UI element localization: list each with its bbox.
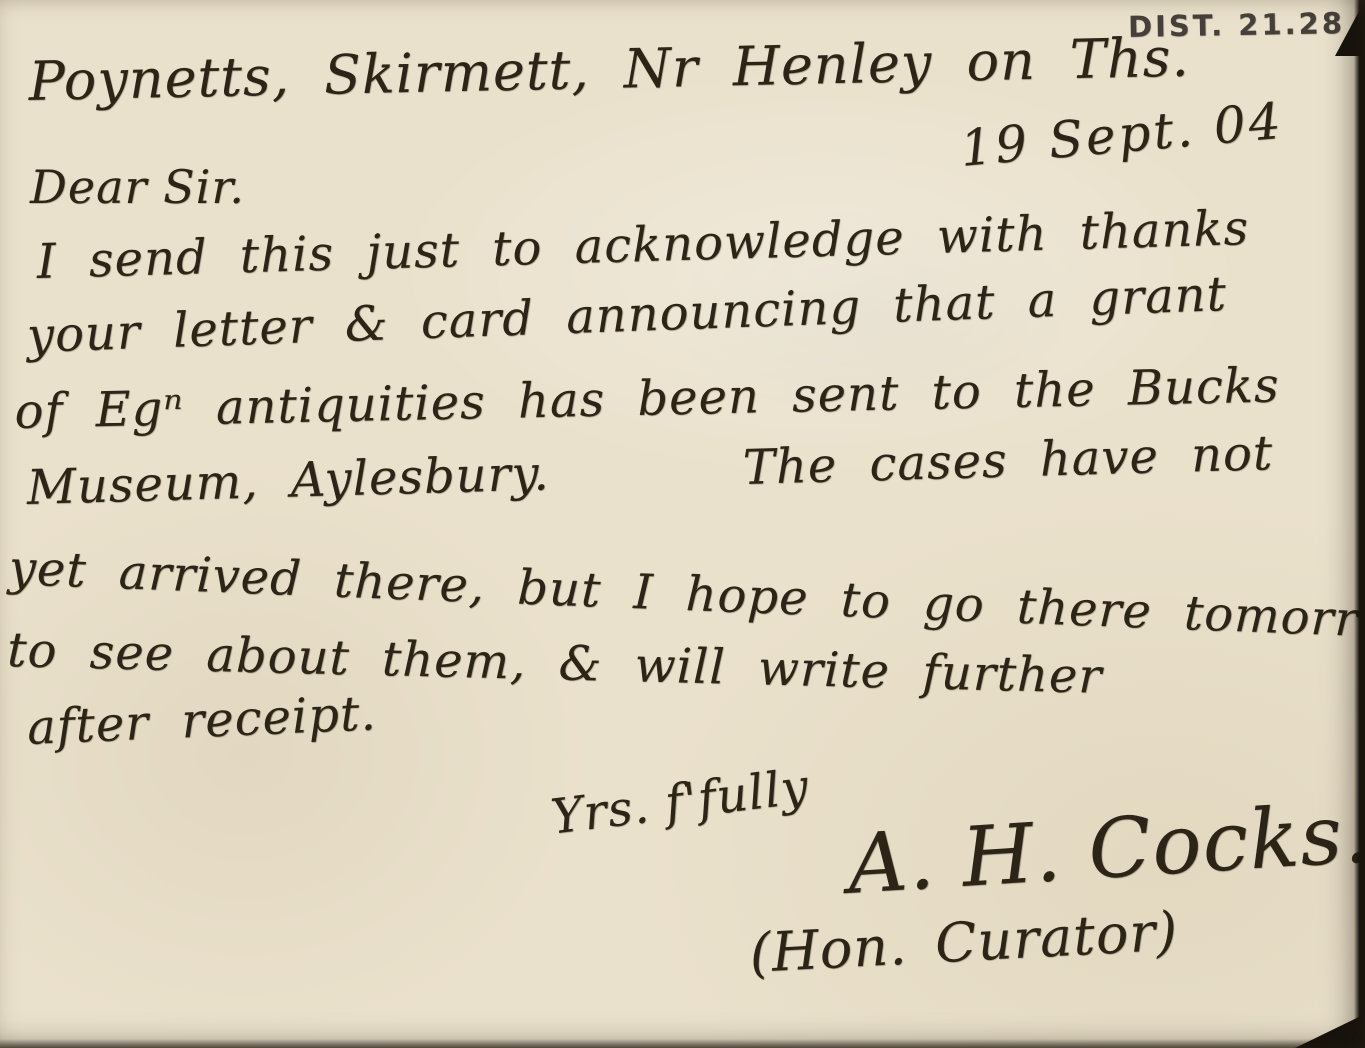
body-line-4: Museum, Aylesbury. The cases have not	[26, 425, 1274, 516]
body-line-6: to see about them, & will write further	[7, 622, 1103, 705]
card-top-right-corner	[1335, 0, 1365, 56]
body-line-7: after receipt.	[26, 685, 378, 756]
salutation: Dear Sir.	[30, 160, 245, 214]
signature-title: (Hon. Curator)	[748, 900, 1180, 985]
signature: A. H. Cocks.	[845, 786, 1365, 913]
valediction: Yrs. f'fully	[548, 758, 812, 845]
card-right-edge-shadow	[1354, 0, 1365, 1048]
sender-address-line: Poynetts, Skirmett, Nr Henley on Ths.	[28, 26, 1190, 113]
scanned-postcard: DIST. 21.28 Poynetts, Skirmett, Nr Henle…	[0, 0, 1365, 1048]
date-line: 19 Sept. 04	[958, 92, 1286, 178]
body-line-3: of Egⁿ antiquities has been sent to the …	[14, 358, 1280, 440]
card-bottom-edge-shadow	[0, 1039, 1365, 1048]
